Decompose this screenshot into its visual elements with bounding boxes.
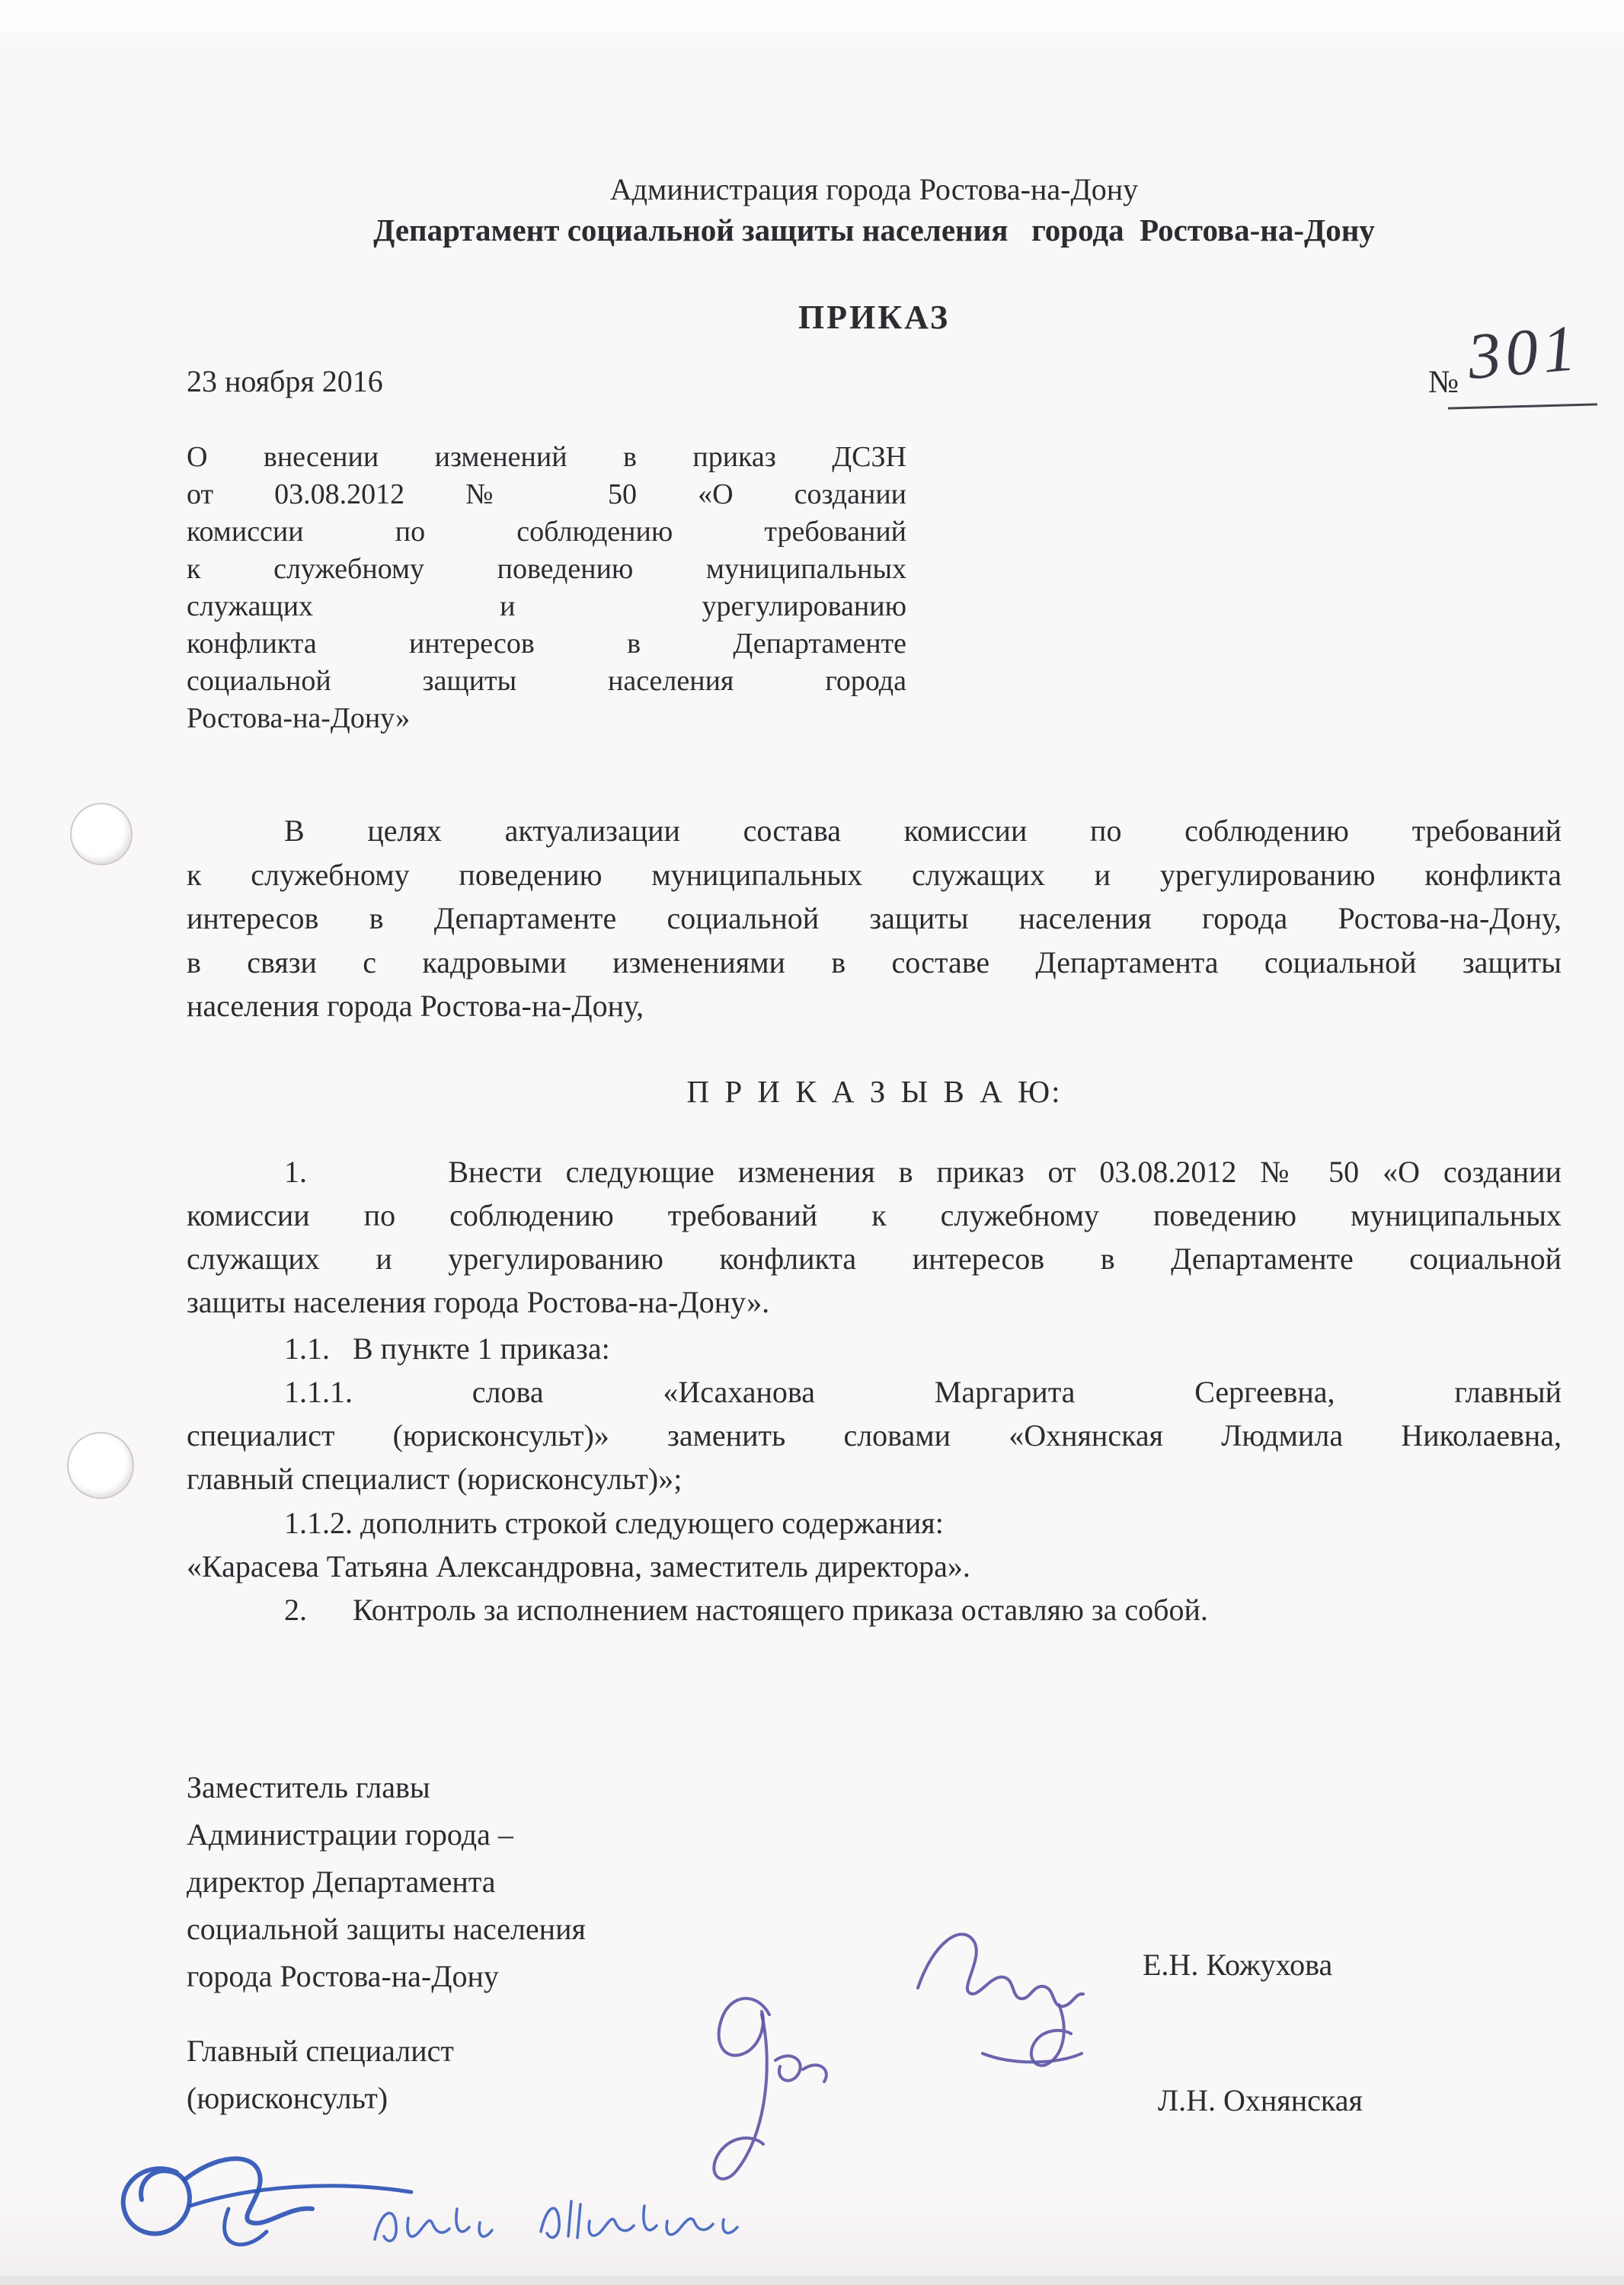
subject-line: Ростова-на-Дону» (187, 700, 906, 737)
subject-line: к служебному поведению муниципальных (187, 551, 906, 588)
number-sign: № (1428, 361, 1459, 404)
resolution-word: П Р И К А З Ы В А Ю: (187, 1070, 1562, 1114)
item-1-1-1-line: главный специалист (юрисконсульт)»; (187, 1457, 1562, 1500)
number-underline (1448, 403, 1597, 409)
item-1-line: комиссии по соблюдению требований к служ… (187, 1194, 1562, 1237)
date-and-number-row: 23 ноября 2016 № 301 (187, 360, 1562, 403)
signature-kozhukhova (899, 1897, 1097, 2079)
item-1-line: служащих и урегулированию конфликта инте… (187, 1237, 1562, 1280)
signatory-2-name: Л.Н. Охнянская (1158, 2082, 1363, 2118)
item-1-1-1-line: специалист (юрисконсульт)» заменить слов… (187, 1414, 1562, 1457)
preamble-line: к служебному поведению муниципальных слу… (187, 853, 1562, 897)
preamble-line: населения города Ростова-на-Дону, (187, 984, 1562, 1028)
order-item-1-1: 1.1. В пункте 1 приказа: (187, 1327, 1562, 1370)
item-1-1-1-line: 1.1.1. слова «Исаханова Маргарита Сергее… (187, 1370, 1562, 1414)
document-date: 23 ноября 2016 (187, 364, 383, 398)
signatory-1-position: Заместитель главы Администрации города –… (187, 1764, 766, 2000)
subject-line: комиссии по соблюдению требований (187, 513, 906, 551)
handwritten-document-number: 301 (1466, 326, 1581, 379)
position-line: Заместитель главы (187, 1764, 766, 1811)
hole-punch-bottom (67, 1432, 134, 1499)
item-1-line: 1. Внести следующие изменения в приказ о… (187, 1150, 1562, 1194)
preamble-line: В целях актуализации состава комиссии по… (187, 809, 1562, 853)
subject-line: служащих и урегулированию (187, 588, 906, 625)
subject-block: О внесении изменений в приказ ДСЗН от 03… (187, 439, 906, 737)
karaseva-line: «Карасева Татьяна Александровна, замести… (187, 1545, 1562, 1588)
preamble-line: интересов в Департаменте социальной защи… (187, 896, 1562, 941)
scanned-order-document: Администрация города Ростова-на-Дону Деп… (0, 0, 1624, 2285)
preamble-line: в связи с кадровыми изменениями в состав… (187, 941, 1562, 985)
signature-okhnyanskaya (670, 1980, 838, 2186)
subject-line: конфликта интересов в Департаменте (187, 625, 906, 663)
order-item-1: 1. Внести следующие изменения в приказ о… (187, 1150, 1562, 1324)
position-line: социальной защиты населения (187, 1906, 766, 1953)
order-item-1-1-2: 1.1.2. дополнить строкой следующего соде… (187, 1501, 1562, 1545)
position-line: директор Департамента (187, 1858, 766, 1906)
preamble-paragraph: В целях актуализации состава комиссии по… (187, 809, 1562, 1028)
subject-line: социальной защиты населения города (187, 663, 906, 700)
handwritten-note-signature (358, 2178, 769, 2277)
org-name-line-1: Администрация города Ростова-на-Дону (187, 168, 1562, 211)
hole-punch-top (70, 803, 133, 865)
scan-edge-artifact-bottom (0, 2276, 1624, 2285)
org-name-line-2: Департамент социальной защиты населения … (187, 209, 1562, 252)
position-line: Администрации города – (187, 1811, 766, 1858)
item-1-line: защиты населения города Ростова-на-Дону»… (187, 1280, 1562, 1324)
subject-line: О внесении изменений в приказ ДСЗН (187, 439, 906, 476)
subject-line: от 03.08.2012 № 50 «О создании (187, 476, 906, 513)
signatory-1-name: Е.Н. Кожухова (1143, 1947, 1332, 1983)
scan-edge-artifact-top (0, 0, 1624, 32)
order-item-2: 2. Контроль за исполнением настоящего пр… (187, 1588, 1562, 1631)
order-item-1-1-1: 1.1.1. слова «Исаханова Маргарита Сергее… (187, 1370, 1562, 1500)
document-title: ПРИКАЗ (187, 296, 1562, 339)
